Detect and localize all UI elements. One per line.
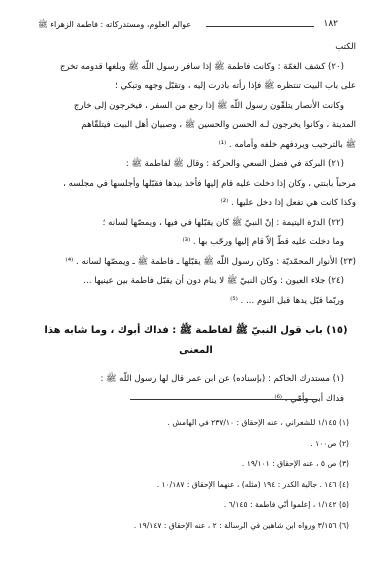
text-line: على باب البيت تنتظره ﷺ فإذا رأته بادرت إ… [36, 77, 356, 97]
footnote: (٤) ١٤٦ . جالية الكدر : ١٩٤ (مثله) ، عنه… [60, 475, 349, 496]
text-line: (٢١) البركة في فضل السعي والحركة : وقال … [36, 155, 356, 175]
text-line: وكانت الأنصار يتلقّون رسول اللّه ﷺ إذا ر… [36, 97, 356, 117]
text-line: وما دخلت عليه قطّ إلاّ قام إليها ورحّب ب… [36, 233, 356, 253]
text-line: (١) مستدرك الحاكم : (بإسناده) عن ابن عمر… [36, 370, 356, 390]
text-line: وكذا كانت هي تفعل إذا دخل عليها . ⁽²⁾ [36, 194, 356, 214]
text-line: مرحباً بابنتي ، وكان إذا دخلت عليه قام إ… [36, 175, 356, 195]
text-line: المدينة ، وكانوا يخرجون لـه الحسن والحسي… [36, 116, 356, 136]
chapter-heading: (١٥) باب قول النبيّ ﷺ لفاطمة ﷺ : فداك أب… [36, 321, 356, 360]
footnote: (٥) ١/١٤٢ ، إعلموا أنّي فاطمة : ٦/١٤٥ . [60, 495, 349, 516]
running-title: عوالم العلوم، ومستدركاته : فاطمة الزهراء… [38, 19, 191, 31]
header-rule [206, 26, 314, 27]
footnote: (٦) ٣/١٥٦ ورواه ابن شاهين في الرسالة : ٢… [60, 516, 349, 537]
footnotes: (١) ١/١٤٥ للشعراني ، عنه الإحقاق : ٢٣٧/١… [60, 413, 349, 536]
text-line: (٢٢) الدرّة اليتيمة : إنّ النبيّ ﷺ كان ي… [36, 214, 356, 234]
text-line: (٢٣) الأنوار المحمّديّة : وكان رسول اللّ… [36, 253, 356, 273]
footnote: (٢) ص١٠٠ . [60, 434, 349, 455]
text-line: (٢٠) كشف الغمّة : وكانت فاطمة ﷺ إذا سافر… [36, 58, 356, 78]
page-number: ١٨٢ [323, 19, 338, 29]
footnote: (٣) ص ٥ ، عنه الإحقاق : ١٩/١٠١ . [60, 454, 349, 475]
main-text: الكتب (٢٠) كشف الغمّة : وكانت فاطمة ﷺ إذ… [36, 38, 356, 409]
text-line: ﷺ بالترحيب ويردفهم خلفه وأمامه . ⁽¹⁾ [36, 136, 356, 156]
running-header: ١٨٢ عوالم العلوم، ومستدركاته : فاطمة الز… [38, 19, 338, 33]
footnote: (١) ١/١٤٥ للشعراني ، عنه الإحقاق : ٢٣٧/١… [60, 413, 349, 434]
footnote-rule [130, 399, 316, 400]
text-line: وربّما قبّل يدها قبل النوم ... . ⁽⁵⁾ [36, 292, 356, 312]
text-line: (٢٤) جلاء العيون : وكان النبيّ ﷺ لا ينام… [36, 272, 356, 292]
document-page: ١٨٢ عوالم العلوم، ومستدركاته : فاطمة الز… [0, 0, 386, 572]
section-label: الكتب [36, 38, 356, 58]
